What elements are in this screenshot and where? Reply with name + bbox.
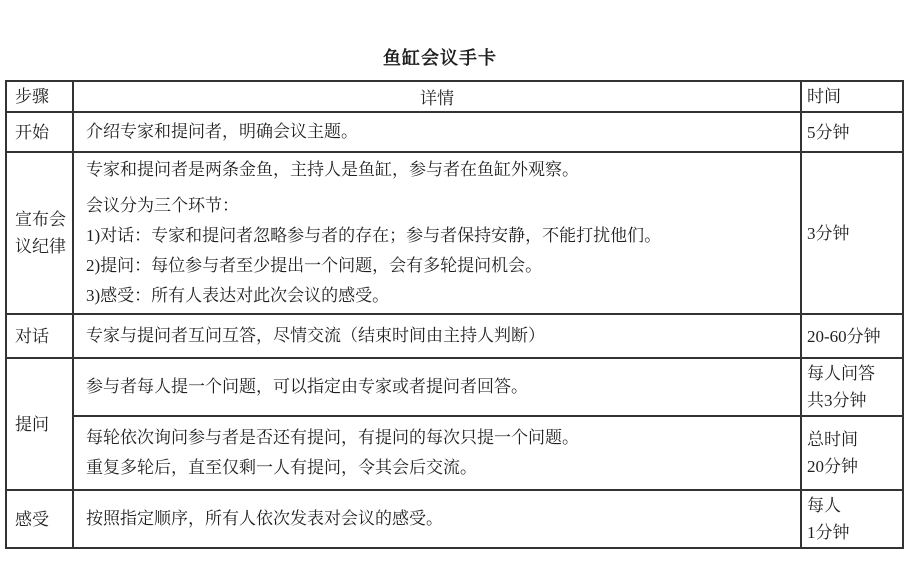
time-cell-rules: 3分钟 bbox=[801, 152, 903, 314]
step-cell-start: 开始 bbox=[6, 112, 73, 152]
details-line: 2)提问：每位参与者至少提出一个问题，会有多轮提问机会。 bbox=[86, 251, 790, 281]
header-row: 步骤 详情 时间 bbox=[6, 81, 903, 112]
details-line: 会议分为三个环节： bbox=[86, 191, 790, 221]
time-cell-start: 5分钟 bbox=[801, 112, 903, 152]
time-cell-question-part1: 每人问答 共3分钟 bbox=[801, 358, 903, 416]
meeting-card-table: 步骤 详情 时间 开始 介绍专家和提问者，明确会议主题。 5分钟 宣布会议纪律 … bbox=[5, 80, 904, 549]
time-line: 每人问答 bbox=[807, 360, 900, 387]
details-line: 重复多轮后，直至仅剩一人有提问，令其会后交流。 bbox=[86, 453, 790, 483]
step-cell-dialogue: 对话 bbox=[6, 314, 73, 358]
time-line: 5分钟 bbox=[807, 119, 900, 146]
row-question-part1: 提问 参与者每人提一个问题，可以指定由专家或者提问者回答。 每人问答 共3分钟 bbox=[6, 358, 903, 416]
details-line: 专家和提问者是两条金鱼，主持人是鱼缸，参与者在鱼缸外观察。 bbox=[86, 155, 790, 185]
step-cell-feelings: 感受 bbox=[6, 490, 73, 548]
time-cell-dialogue: 20-60分钟 bbox=[801, 314, 903, 358]
column-header-time: 时间 bbox=[801, 81, 903, 112]
details-cell-dialogue: 专家与提问者互问互答，尽情交流（结束时间由主持人判断） bbox=[73, 314, 801, 358]
details-line: 专家与提问者互问互答，尽情交流（结束时间由主持人判断） bbox=[86, 321, 790, 351]
time-cell-feelings: 每人 1分钟 bbox=[801, 490, 903, 548]
step-cell-rules: 宣布会议纪律 bbox=[6, 152, 73, 314]
column-header-details: 详情 bbox=[73, 81, 801, 112]
details-line: 1)对话：专家和提问者忽略参与者的存在；参与者保持安静，不能打扰他们。 bbox=[86, 221, 790, 251]
details-cell-rules: 专家和提问者是两条金鱼，主持人是鱼缸，参与者在鱼缸外观察。 会议分为三个环节： … bbox=[73, 152, 801, 314]
time-line: 每人 bbox=[807, 492, 900, 519]
time-line: 总时间 bbox=[807, 426, 900, 453]
row-dialogue: 对话 专家与提问者互问互答，尽情交流（结束时间由主持人判断） 20-60分钟 bbox=[6, 314, 903, 358]
time-line: 20分钟 bbox=[807, 453, 900, 480]
time-line: 共3分钟 bbox=[807, 387, 900, 414]
row-question-part2: 每轮依次询问参与者是否还有提问，有提问的每次只提一个问题。 重复多轮后，直至仅剩… bbox=[6, 416, 903, 490]
details-cell-feelings: 按照指定顺序，所有人依次发表对会议的感受。 bbox=[73, 490, 801, 548]
column-header-step: 步骤 bbox=[6, 81, 73, 112]
row-announce-rules: 宣布会议纪律 专家和提问者是两条金鱼，主持人是鱼缸，参与者在鱼缸外观察。 会议分… bbox=[6, 152, 903, 314]
time-line: 3分钟 bbox=[807, 220, 900, 247]
time-line: 1分钟 bbox=[807, 519, 900, 546]
row-feelings: 感受 按照指定顺序，所有人依次发表对会议的感受。 每人 1分钟 bbox=[6, 490, 903, 548]
details-line: 参与者每人提一个问题，可以指定由专家或者提问者回答。 bbox=[86, 372, 790, 402]
document-page: 鱼缸会议手卡 步骤 详情 时间 开始 介绍专家和提问者，明确会议主题。 5分钟 … bbox=[0, 0, 908, 571]
details-line: 每轮依次询问参与者是否还有提问，有提问的每次只提一个问题。 bbox=[86, 423, 790, 453]
row-start: 开始 介绍专家和提问者，明确会议主题。 5分钟 bbox=[6, 112, 903, 152]
details-line: 3)感受：所有人表达对此次会议的感受。 bbox=[86, 281, 790, 311]
details-cell-start: 介绍专家和提问者，明确会议主题。 bbox=[73, 112, 801, 152]
details-cell-question-part1: 参与者每人提一个问题，可以指定由专家或者提问者回答。 bbox=[73, 358, 801, 416]
details-line: 按照指定顺序，所有人依次发表对会议的感受。 bbox=[86, 504, 790, 534]
details-cell-question-part2: 每轮依次询问参与者是否还有提问，有提问的每次只提一个问题。 重复多轮后，直至仅剩… bbox=[73, 416, 801, 490]
document-title: 鱼缸会议手卡 bbox=[0, 44, 880, 70]
step-cell-question: 提问 bbox=[6, 358, 73, 490]
time-cell-question-part2: 总时间 20分钟 bbox=[801, 416, 903, 490]
time-line: 20-60分钟 bbox=[807, 323, 900, 350]
details-line: 介绍专家和提问者，明确会议主题。 bbox=[86, 117, 790, 147]
